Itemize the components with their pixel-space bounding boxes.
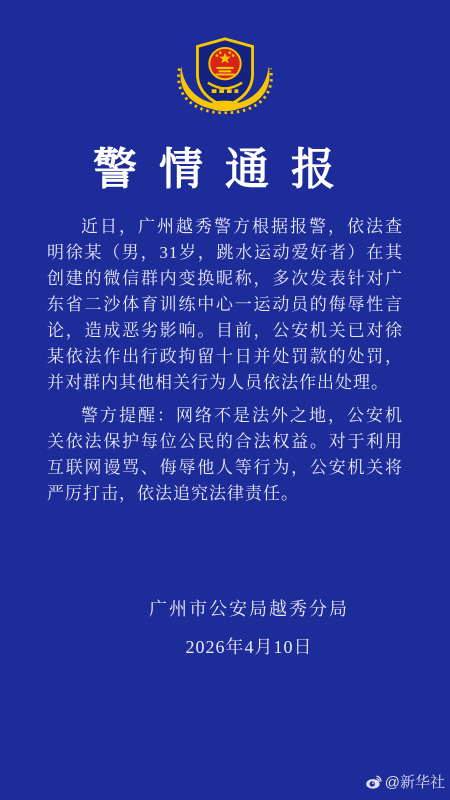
notice-paragraph-2: 警方提醒：网络不是法外之地，公安机关依法保护每位公民的合法权益。对于利用互联网谩… xyxy=(47,403,403,507)
notice-title: 警情通报 xyxy=(0,133,450,197)
issue-date: 2026年4月10日 xyxy=(24,633,450,659)
watermark-handle: @新华社 xyxy=(385,771,445,792)
notice-paragraph-1: 近日，广州越秀警方根据报警，依法查明徐某（男，31岁，跳水运动爱好者）在其创建的… xyxy=(47,214,403,396)
police-notice-poster: { "page": { "background_color": "#1d2c98… xyxy=(0,0,450,800)
issuer-name: 广州市公安局越秀分局 xyxy=(24,595,450,621)
signature-block: 广州市公安局越秀分局 2026年4月10日 xyxy=(24,595,450,659)
weibo-icon xyxy=(365,773,383,791)
emblem-container xyxy=(0,0,450,119)
weibo-watermark: @新华社 xyxy=(365,771,445,792)
china-police-badge-icon xyxy=(168,36,282,119)
notice-body: 近日，广州越秀警方根据报警，依法查明徐某（男，31岁，跳水运动爱好者）在其创建的… xyxy=(47,214,403,507)
